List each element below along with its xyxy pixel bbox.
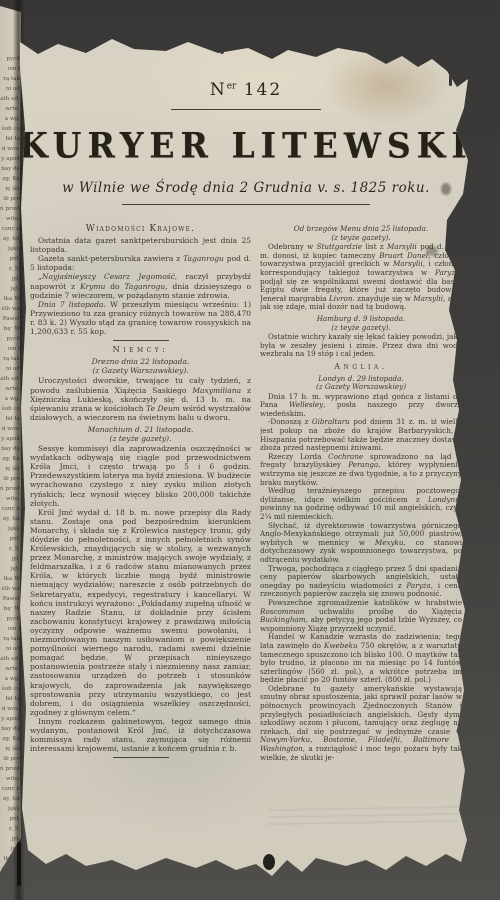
article-paragraph: Rzeczy Lorda Cochrane sprowadzono na ląd… [260,453,462,487]
margin-text-fragment: ni od [0,644,20,654]
margin-text-fragment: bił ta [0,694,20,704]
margin-text-fragment: pół, [0,254,20,264]
article-paragraph: Ostatnia data gazet sanktpetersburskich … [30,236,251,254]
margin-text-fragment: ni od [0,364,20,374]
section-divider [113,340,169,341]
margin-text-fragment: n prost [0,484,20,494]
margin-text-fragment: bił ta [0,134,20,144]
margin-text-fragment: Pawet [0,314,20,324]
article-paragraph: Król Jmć wydał d. 18 b. m. nowe przepisy… [30,508,251,717]
article-column-left: Wiadomości Krajowe.Ostatnia data gazet s… [30,222,251,800]
margin-text-fragment: wrte- [0,664,20,674]
margin-text-fragment: y apod [0,714,20,724]
margin-text-fragment: d wos- [0,424,20,434]
adjacent-page-strip: pychom irą takni odath od-wrte-a wg.śub … [0,6,21,872]
margin-text-fragment: zg; Ka [0,454,20,464]
margin-text-fragment: pych [0,614,20,624]
margin-text-fragment: r, 5. [0,544,20,554]
margin-text-fragment: tka W [0,574,20,584]
margin-text-fragment: jęt. [0,564,20,574]
margin-text-fragment: zg; Ka [0,734,20,744]
article-column-right: Od brzegów Menu dnia 25 listopada.(z tey… [260,222,462,800]
smudge-right-edge-1 [441,183,451,195]
issue-number-value: 142 [244,80,282,100]
margin-text-fragment: nay da [0,444,20,454]
masthead-rule-bottom [122,204,370,205]
margin-text-fragment: jęt. [0,284,20,294]
article-paragraph: -Donoszą z Gibraltaru pod dniem 31 z. m.… [260,418,462,452]
binding-ink-mark [17,842,21,886]
margin-text-fragment: ię iść [0,464,20,474]
issue-number: Ner 142 [16,80,476,100]
margin-text-fragment: jęki, [0,524,20,534]
article-paragraph: Uroczystości dworskie, trwające tu cały … [30,376,251,421]
margin-text-fragment: ay, fot [0,234,20,244]
margin-text-fragment: ib pre [0,194,20,204]
newspaper-title: KURYER LITEWSKI [16,125,476,166]
margin-text-fragment: ath od- [0,94,20,104]
margin-fragment-column: pychom irą takni odath od-wrte-a wg.śub … [0,54,20,872]
margin-text-fragment: y apod [0,434,20,444]
margin-text-fragment: Pawet [0,594,20,604]
margin-text-fragment: jęki, [0,244,20,254]
margin-text-fragment: ay, fot [0,514,20,524]
margin-text-fragment: czny n [0,504,20,514]
margin-text-fragment: pół, [0,814,20,824]
article-paragraph: Innym rozkazem gabinetowym, tegoż samego… [30,717,251,753]
margin-text-fragment: om i [0,344,20,354]
margin-text-fragment: rą tak [0,74,20,84]
margin-text-fragment: r, 5. [0,264,20,274]
section-heading: Anglia. [260,363,462,372]
section-heading: (z teyże gazety). [260,234,462,243]
margin-text-fragment: n prost [0,204,20,214]
margin-text-fragment: ath od- [0,654,20,664]
margin-text-fragment: ię iść [0,744,20,754]
margin-text-fragment: tka W [0,294,20,304]
margin-text-fragment: n prost [0,764,20,774]
section-heading: (z teyże gazety). [30,434,251,443]
paper-hole-bottom [263,854,275,870]
publication-dateline: w Wilnie we Środę dnia 2 Grudnia v. s. 1… [16,180,476,196]
margin-text-fragment: d wos- [0,704,20,714]
margin-text-fragment: śub co [0,404,20,414]
scanned-newspaper-page: Ner 142 KURYER LITEWSKI w Wilnie we Środ… [16,8,476,890]
article-paragraph: Ostatnie wichry kazały się lękać takiey … [260,333,462,359]
section-heading: (z teyże gazety). [260,324,462,333]
article-paragraph: Odebrane tu gazety amerykańskie wystawuj… [260,685,462,762]
margin-text-fragment: pół, [0,534,20,544]
margin-text-fragment: ib pre [0,754,20,764]
margin-text-fragment: a wg. [0,674,20,684]
margin-text-fragment: wite- [0,774,20,784]
margin-text-fragment: bę· W [0,604,20,614]
margin-text-fragment: wite- [0,494,20,504]
section-heading: Monachium d. 21 listopada. [30,425,251,434]
masthead-rule-top [171,109,321,110]
smudge-right-edge-2 [426,246,438,256]
margin-text-fragment: pych [0,334,20,344]
article-paragraph: Dnia 17 b. m. wyprawiono ztąd gońca z li… [260,393,462,419]
show-through-text [268,806,458,829]
article-paragraph: „Nayjaśnieyszy Cesarz Jegomość, raczył p… [30,272,251,299]
margin-text-fragment: ni od [0,84,20,94]
edge-speck-1 [312,48,317,52]
edge-speck-3 [220,50,224,54]
article-paragraph: Sessye kommissyi dla zaprowadzenia oszcz… [30,444,251,508]
edge-speck-2 [334,44,338,47]
margin-text-fragment: nay da [0,164,20,174]
article-paragraph: Gazeta sankt-petersburska zawiera z Taga… [30,254,251,272]
margin-text-fragment: a wg. [0,394,20,404]
article-paragraph: Słychać, iż dyrektorowie towarzystwa gór… [260,522,462,565]
margin-text-fragment: wrte- [0,104,20,114]
section-heading: Drezno dnia 22 listopada. [30,357,251,366]
issue-label: N [210,80,227,100]
margin-text-fragment: czny n [0,784,20,794]
issue-superscript: er [227,81,237,91]
margin-text-fragment: czny n [0,224,20,234]
margin-text-fragment: sth wa [0,584,20,594]
margin-text-fragment: jył, [0,274,20,284]
margin-text-fragment: bę· W [0,324,20,334]
margin-text-fragment: a wg. [0,114,20,124]
article-paragraph: Według teraźnieyszego przepisu pocztoweg… [260,487,462,521]
margin-text-fragment: nay da [0,724,20,734]
margin-text-fragment: d wos- [0,144,20,154]
margin-text-fragment: jył, [0,554,20,564]
margin-text-fragment: om i [0,624,20,634]
margin-text-fragment: wite- [0,214,20,224]
margin-text-fragment: zg; Ka [0,174,20,184]
section-heading: (z Gazety Warszawskiey) [260,383,462,392]
margin-text-fragment: bił ta [0,414,20,424]
margin-text-fragment: y apod [0,154,20,164]
margin-text-fragment: ay, fot [0,794,20,804]
margin-text-fragment: r, 5. [0,824,20,834]
margin-text-fragment: pych [0,54,20,64]
section-heading: Wiadomości Krajowe. [30,225,251,234]
margin-text-fragment: sth wa [0,304,20,314]
section-heading: Niemcy: [30,345,251,354]
margin-text-fragment: wrte- [0,384,20,394]
margin-text-fragment: śub co [0,684,20,694]
section-heading: (z Gazety Warszawskiey). [30,366,251,375]
margin-text-fragment: ib pre [0,474,20,484]
article-paragraph: Dnia 7 listopada. W przeszłym miesiącu w… [30,300,251,336]
margin-text-fragment: om i [0,64,20,74]
article-paragraph: Trwoga, pochodząca z ciągłego przez 5 dn… [260,565,462,599]
ink-mark-top-right [449,72,452,86]
margin-text-fragment: ath od- [0,374,20,384]
masthead: Ner 142 KURYER LITEWSKI w Wilnie we Środ… [16,8,476,205]
margin-text-fragment: rą tak [0,354,20,364]
article-columns: Wiadomości Krajowe.Ostatnia data gazet s… [30,222,462,800]
margin-text-fragment: śub co [0,124,20,134]
margin-text-fragment: ię iść [0,184,20,194]
margin-text-fragment: rą tak [0,634,20,644]
section-divider [113,757,169,758]
margin-text-fragment: jęki, [0,804,20,814]
article-paragraph: Powszechne zgromadzenie katolików w hrab… [260,599,462,633]
article-paragraph: Handel w Kanadzie wzrasta do zadziwienia… [260,633,462,685]
